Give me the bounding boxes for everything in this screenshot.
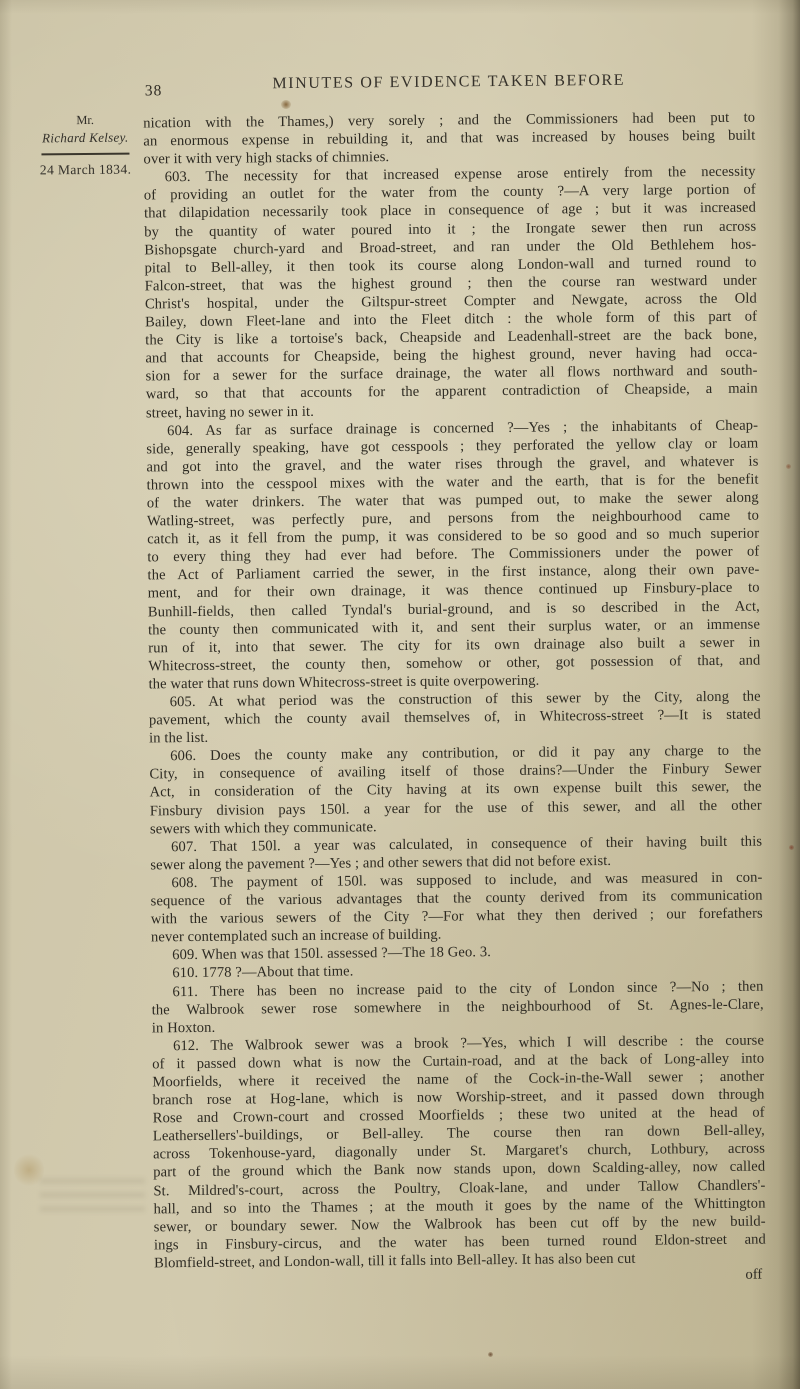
margin-note: Mr. Richard Kelsey. 24 March 1834. (29, 111, 142, 180)
session-date: 24 March 1834. (30, 161, 142, 180)
scanned-page: 38 MINUTES OF EVIDENCE TAKEN BEFORE Mr. … (0, 0, 800, 1389)
running-title: MINUTES OF EVIDENCE TAKEN BEFORE (143, 71, 755, 95)
body-text: nication with the Thames,) very sorely ;… (143, 109, 766, 1273)
witness-name: Richard Kelsey. (29, 128, 141, 147)
page-content: 38 MINUTES OF EVIDENCE TAKEN BEFORE Mr. … (0, 0, 800, 1389)
witness-title: Mr. (29, 111, 141, 129)
margin-rule (41, 153, 129, 156)
